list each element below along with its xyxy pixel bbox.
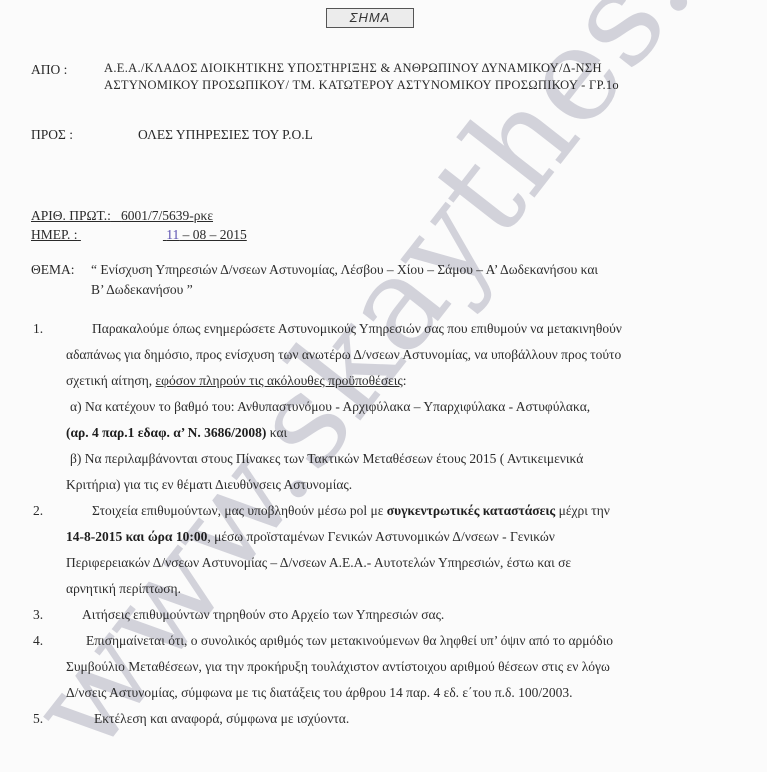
document-page: www.skaythes.gr ΣΗΜΑ ΑΠΟ : Α.Ε.Α./ΚΛΑΔΟΣ…	[0, 0, 767, 772]
conditions-underlined: εφόσον πληρούν τις ακόλουθες προϋποθέσει…	[156, 373, 403, 388]
subject-line-2: Β’ Δωδεκανήσου ”	[91, 282, 193, 298]
law-reference: (αρ. 4 παρ.1 εδαφ. α’ Ν. 3686/2008)	[66, 425, 266, 440]
document-date: ΗΜΕΡ. : 11 – 08 – 2015	[31, 227, 243, 243]
from-label: ΑΠΟ :	[31, 62, 67, 78]
item-1-sub-b-line-2: Κριτήρια) για τις εν θέματι Διευθύνσεις …	[66, 477, 352, 493]
item-1-number: 1.	[33, 321, 43, 337]
item-4-line-3: Δ/νσεις Αστυνομίας, σύμφωνα με τις διατά…	[66, 685, 573, 701]
to-label: ΠΡΟΣ :	[31, 127, 73, 143]
summary-reports-bold: συγκεντρωτικές καταστάσεις	[387, 503, 556, 518]
subject-label: ΘΕΜΑ:	[31, 262, 75, 278]
item-2-line-2: 14-8-2015 και ώρα 10:00, μέσω προϊσταμέν…	[66, 529, 555, 545]
from-line-2: ΑΣΤΥΝΟΜΙΚΟΥ ΠΡΟΣΩΠΙΚΟΥ/ ΤΜ. ΚΑΤΩΤΕΡΟΥ ΑΣ…	[104, 78, 619, 93]
to-value: ΟΛΕΣ ΥΠΗΡΕΣΙΕΣ ΤΟΥ P.O.L	[138, 127, 313, 143]
item-4-number: 4.	[33, 633, 43, 649]
item-3-number: 3.	[33, 607, 43, 623]
item-2-line-1: Στοιχεία επιθυμούντων, μας υποβληθούν μέ…	[92, 503, 610, 519]
item-1-line-1: Παρακαλούμε όπως ενημερώσετε Αστυνομικού…	[92, 321, 622, 337]
item-1-sub-b-line-1: β) Να περιλαμβάνονται στους Πίνακες των …	[70, 451, 583, 467]
protocol-value: 6001/7/5639-ρκε	[121, 208, 213, 223]
item-1-sub-a-line-1: α) Να κατέχουν το βαθμό του: Ανθυπαστυνό…	[70, 399, 590, 415]
item-1-line-3: σχετική αίτηση, εφόσον πληρούν τις ακόλο…	[66, 373, 407, 389]
item-3-line-1: Αιτήσεις επιθυμούντων τηρηθούν στο Αρχεί…	[82, 607, 444, 623]
document-type-stamp: ΣΗΜΑ	[326, 8, 414, 28]
protocol-number: ΑΡΙΘ. ΠΡΩΤ.: 6001/7/5639-ρκε	[31, 208, 243, 224]
date-day: 11	[166, 227, 179, 242]
item-4-line-2: Συμβούλιο Μεταθέσεων, για την προκήρυξη …	[66, 659, 610, 675]
item-2-number: 2.	[33, 503, 43, 519]
item-5-number: 5.	[33, 711, 43, 727]
deadline-bold: 14-8-2015 και ώρα 10:00	[66, 529, 207, 544]
date-label: ΗΜΕΡ. :	[31, 227, 78, 242]
item-1-sub-a-line-2: (αρ. 4 παρ.1 εδαφ. α’ Ν. 3686/2008) και	[66, 425, 287, 441]
protocol-label: ΑΡΙΘ. ΠΡΩΤ.:	[31, 208, 111, 223]
item-4-line-1: Επισημαίνεται ότι, ο συνολικός αριθμός τ…	[86, 633, 613, 649]
from-line-1: Α.Ε.Α./ΚΛΑΔΟΣ ΔΙΟΙΚΗΤΙΚΗΣ ΥΠΟΣΤΗΡΙΞΗΣ & …	[104, 61, 602, 76]
item-5-line-1: Εκτέλεση και αναφορά, σύμφωνα με ισχύοντ…	[94, 711, 349, 727]
subject-line-1: “ Ενίσχυση Υπηρεσιών Δ/νσεων Αστυνομίας,…	[91, 262, 598, 278]
item-2-line-4: αρνητική περίπτωση.	[66, 581, 181, 597]
date-rest: – 08 – 2015	[179, 227, 247, 242]
item-1-line-2: αδαπάνως για δημόσιο, προς ενίσχυση των …	[66, 347, 621, 363]
item-2-line-3: Περιφερειακών Δ/νσεων Αστυνομίας – Δ/νσε…	[66, 555, 571, 571]
